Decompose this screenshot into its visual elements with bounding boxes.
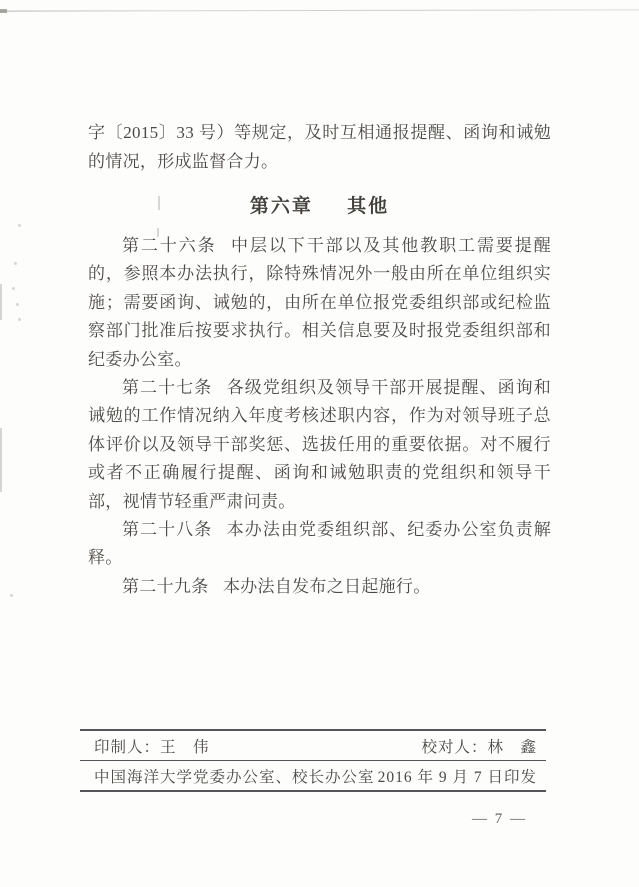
article-paragraph: 第二十七条各级党组织及领导干部开展提醒、函询和诫勉的工作情况纳入年度考核述职内容…	[88, 374, 551, 516]
colophon-table: 印制人：王 伟 校对人：林 鑫 中国海洋大学党委办公室、校长办公室 2016 年…	[80, 729, 546, 792]
page-number: — 7 —	[472, 811, 527, 828]
scan-artifact	[0, 284, 2, 320]
issuer-name: 中国海洋大学党委办公室、校长办公室	[94, 765, 375, 787]
proofreader-name: 林 鑫	[487, 739, 537, 756]
colophon-row-personnel: 印制人：王 伟 校对人：林 鑫	[80, 731, 546, 760]
issue-date: 2016 年 9 月 7 日印发	[378, 765, 537, 787]
article-paragraph: 第二十八条本办法由党委组织部、纪委办公室负责解释。	[88, 516, 551, 573]
scan-artifact	[18, 318, 21, 321]
printer-label: 印制人：	[94, 739, 160, 756]
article-label: 第二十六条	[122, 236, 217, 255]
article-text: 中层以下干部以及其他教职工需要提醒的，参照本办法执行，除特殊情况外一般由所在单位…	[88, 236, 551, 369]
scanned-document-page: 字〔2015〕33 号）等规定，及时互相通报提醒、函询和诫勉的情况，形成监督合力…	[0, 0, 639, 887]
chapter-number: 第六章	[250, 196, 313, 217]
scan-artifact	[14, 262, 17, 265]
scan-artifact	[12, 287, 15, 290]
article-text: 各级党组织及领导干部开展提醒、函询和诫勉的工作情况纳入年度考核述职内容，作为对领…	[88, 378, 551, 511]
colophon-row-issue: 中国海洋大学党委办公室、校长办公室 2016 年 9 月 7 日印发	[80, 761, 546, 790]
scan-artifact	[0, 9, 639, 11]
article-label: 第二十八条	[122, 520, 212, 539]
article-label: 第二十九条	[122, 577, 209, 596]
article-text: 本办法自发布之日起施行。	[223, 577, 431, 596]
scan-artifact	[16, 303, 19, 306]
article-paragraph: 第二十九条本办法自发布之日起施行。	[88, 573, 551, 601]
proofreader-cell: 校对人：林 鑫	[421, 735, 537, 757]
colophon-rule-bottom	[80, 790, 546, 792]
scan-artifact	[0, 428, 2, 492]
article-paragraph: 第二十六条中层以下干部以及其他教职工需要提醒的，参照本办法执行，除特殊情况外一般…	[88, 232, 551, 374]
chapter-title: 其他	[347, 196, 389, 217]
article-label: 第二十七条	[122, 378, 212, 397]
scan-artifact	[0, 9, 7, 13]
printer-name: 王 伟	[160, 739, 210, 756]
scan-artifact	[18, 224, 21, 227]
proofreader-label: 校对人：	[421, 739, 487, 756]
chapter-heading: 第六章其他	[88, 191, 551, 218]
document-body: 字〔2015〕33 号）等规定，及时互相通报提醒、函询和诫勉的情况，形成监督合力…	[88, 118, 551, 601]
printer-cell: 印制人：王 伟	[94, 735, 210, 757]
scan-artifact	[10, 594, 13, 597]
continuation-paragraph: 字〔2015〕33 号）等规定，及时互相通报提醒、函询和诫勉的情况，形成监督合力…	[88, 118, 551, 176]
